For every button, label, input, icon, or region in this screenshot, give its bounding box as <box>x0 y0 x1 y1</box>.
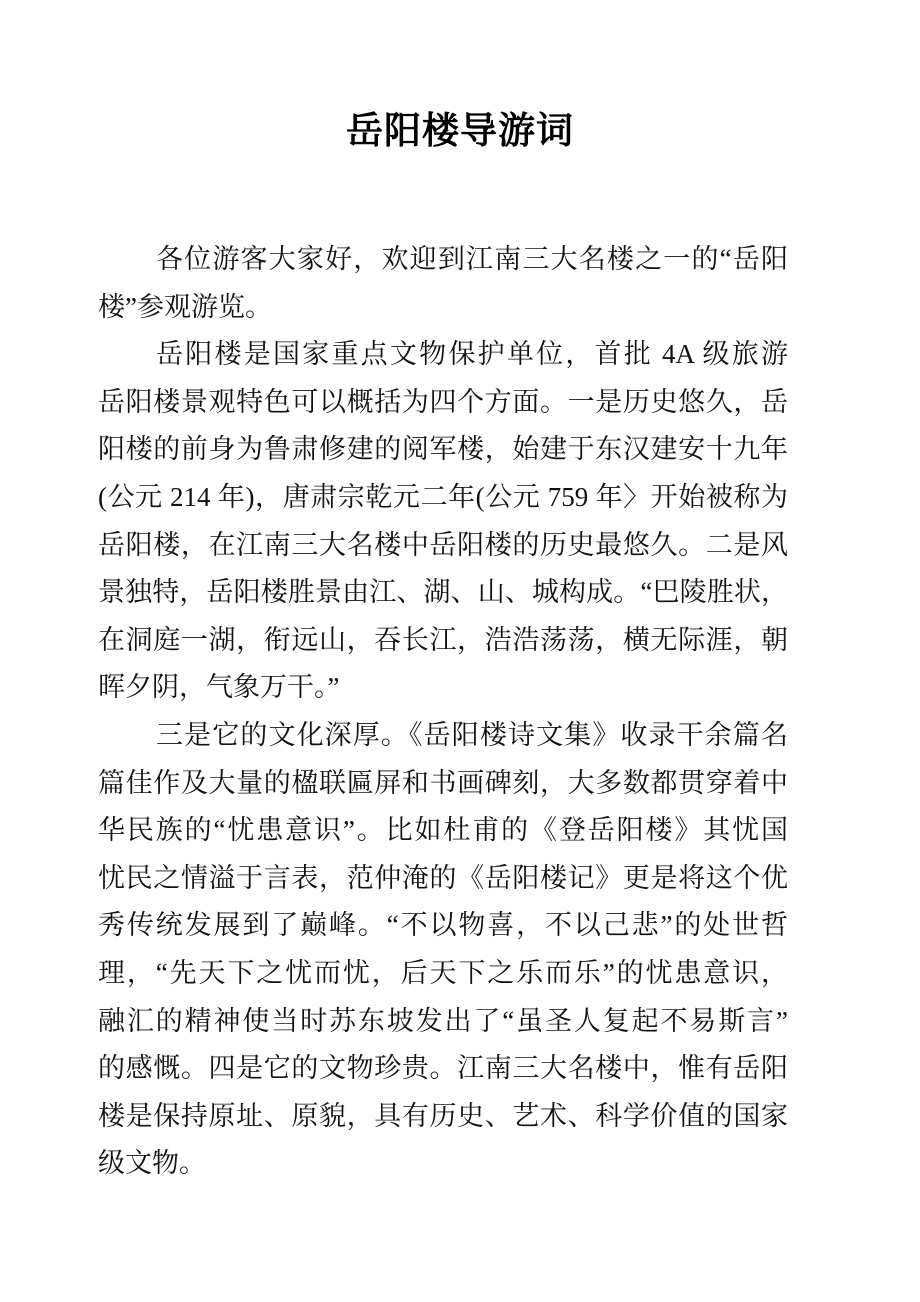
text-line: 的感慨。四是它的文物珍贵。江南三大名楼中，惟有岳阳 <box>98 1045 788 1093</box>
text-line: 三是它的文化深厚。《岳阳楼诗文集》收录干余篇名 <box>98 712 788 760</box>
text-line: 景独特，岳阳楼胜景由江、湖、山、城构成。“巴陵胜状， <box>98 569 788 617</box>
text-line: 晖夕阴，气象万干。” <box>98 664 788 712</box>
text-line: 篇佳作及大量的楹联匾屏和书画碑刻，大多数都贯穿着中 <box>98 760 788 808</box>
document-body: 各位游客大家好，欢迎到江南三大名楼之一的“岳阳 楼”参观游览。 岳阳楼是国家重点… <box>98 236 788 1188</box>
text-line: 阳楼的前身为鲁肃修建的阅军楼，始建于东汉建安十九年 <box>98 426 788 474</box>
document-page: 岳阳楼导游词 各位游客大家好，欢迎到江南三大名楼之一的“岳阳 楼”参观游览。 岳… <box>0 0 920 1302</box>
text-line: 岳阳楼，在江南三大名楼中岳阳楼的历史最悠久。二是风 <box>98 522 788 570</box>
text-line: 楼是保持原址、原貌，具有历史、艺术、科学价值的国家 <box>98 1093 788 1141</box>
text-line: 岳阳楼是国家重点文物保护单位，首批 4A 级旅游区。 <box>98 331 788 379</box>
text-line: 各位游客大家好，欢迎到江南三大名楼之一的“岳阳 <box>98 236 788 284</box>
text-line: 融汇的精神使当时苏东坡发出了“虽圣人复起不易斯言” <box>98 998 788 1046</box>
paragraph: 各位游客大家好，欢迎到江南三大名楼之一的“岳阳 楼”参观游览。 <box>98 236 788 331</box>
text-line: 在洞庭一湖，衔远山，吞长江，浩浩荡荡，横无际涯，朝 <box>98 617 788 665</box>
document-title: 岳阳楼导游词 <box>0 0 920 155</box>
text-line: 理，“先天下之忧而忧，后天下之乐而乐”的忧患意识， <box>98 950 788 998</box>
text-line: 忧民之情溢于言表，范仲淹的《岳阳楼记》更是将这个优 <box>98 855 788 903</box>
text-line: 岳阳楼景观特色可以概括为四个方面。一是历史悠久，岳 <box>98 379 788 427</box>
paragraph: 岳阳楼是国家重点文物保护单位，首批 4A 级旅游区。 岳阳楼景观特色可以概括为四… <box>98 331 788 712</box>
text-line: 华民族的“忧患意识”。比如杜甫的《登岳阳楼》其忧国 <box>98 807 788 855</box>
text-line: (公元 214 年)，唐肃宗乾元二年(公元 759 年〉开始被称为 <box>98 474 788 522</box>
text-line: 楼”参观游览。 <box>98 284 788 332</box>
paragraph: 三是它的文化深厚。《岳阳楼诗文集》收录干余篇名 篇佳作及大量的楹联匾屏和书画碑刻… <box>98 712 788 1188</box>
text-line: 秀传统发展到了巅峰。“不以物喜，不以己悲”的处世哲 <box>98 902 788 950</box>
text-line: 级文物。 <box>98 1140 788 1188</box>
